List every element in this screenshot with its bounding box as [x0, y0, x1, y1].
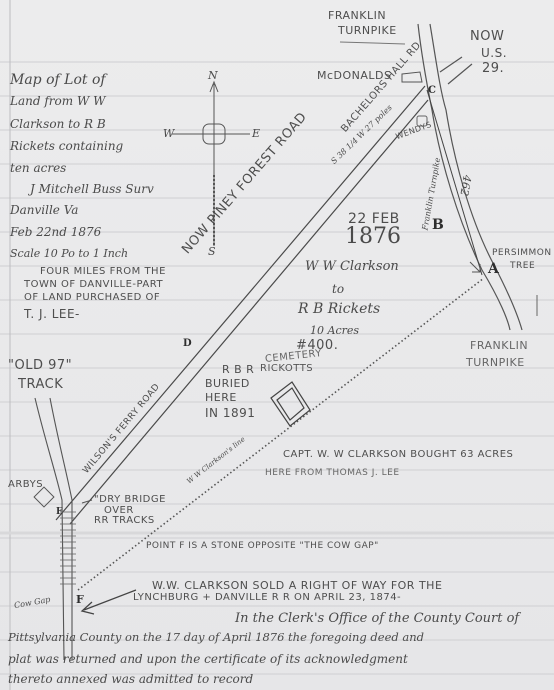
now-us29-2: U.S. [481, 47, 507, 59]
title-date: Feb 22nd 1876 [10, 226, 101, 238]
old-97-track [35, 398, 72, 660]
four-miles-2: TOWN OF DANVILLE-PART [24, 280, 163, 290]
arrow-to-cow-gap [82, 590, 136, 614]
certificate-line-4: thereto annexed was admitted to record [8, 673, 253, 685]
four-miles-3: OF LAND PURCHASED OF [24, 293, 160, 303]
right-of-way-1: W.W. CLARKSON SOLD A RIGHT OF WAY FOR TH… [152, 580, 442, 591]
old-97-label-2: TRACK [18, 378, 63, 391]
point-f-note: POINT F IS A STONE OPPOSITE "THE COW GAP… [146, 542, 379, 551]
title-line-1: Map of Lot of [10, 73, 106, 87]
four-miles-1: FOUR MILES FROM THE [40, 267, 166, 277]
corner-c: C [428, 86, 436, 96]
rbr-buried-4: IN 1891 [205, 407, 255, 419]
plat-map: Map of Lot of Land from W W Clarkson to … [0, 0, 554, 690]
certificate-line-1: In the Clerk's Office of the County Cour… [235, 612, 519, 625]
cemetery-label-2: RICKOTTS [260, 364, 313, 374]
date-large: 1876 [345, 226, 401, 248]
old-97-label-1: "OLD 97" [8, 359, 72, 372]
franklin-turnpike-label-right-2: TURNPIKE [466, 357, 525, 368]
persimmon-tree-1: PERSIMMON [492, 249, 552, 258]
arbys-label: ARBYS [8, 480, 43, 490]
corner-b: B [432, 218, 444, 232]
turnpike-bearing: 462 [458, 174, 472, 197]
now-us29-1: NOW [470, 30, 504, 43]
capt-clarkson-1: CAPT. W. W CLARKSON BOUGHT 63 ACRES [283, 450, 513, 460]
persimmon-tree-2: TREE [510, 262, 535, 271]
compass-north: N [208, 70, 218, 81]
title-line-4: Rickets containing [10, 140, 123, 152]
title-place: Danville Va [10, 204, 78, 216]
rbr-buried-2: BURIED [205, 378, 250, 389]
franklin-turnpike-label-top-1: FRANKLIN [328, 10, 386, 21]
corner-a: A [488, 262, 499, 276]
corner-f: F [76, 594, 84, 605]
corner-d: D [183, 339, 192, 349]
dry-bridge-1: "DRY BRIDGE [94, 495, 166, 505]
compass-east: E [252, 128, 260, 139]
rbr-buried-3: HERE [205, 392, 237, 403]
grantee: R B Rickets [298, 302, 380, 316]
franklin-turnpike-label-right-1: FRANKLIN [470, 340, 528, 351]
compass-west: W [163, 128, 174, 139]
certificate-line-3: plat was returned and upon the certifica… [8, 653, 408, 665]
mcdonalds-building [402, 72, 422, 82]
four-miles-4: T. J. LEE- [24, 308, 80, 320]
title-line-5: ten acres [10, 162, 66, 174]
deed-to: to [332, 283, 344, 295]
title-line-2: Land from W W [10, 95, 105, 107]
title-scale: Scale 10 Po to 1 Inch [10, 248, 128, 259]
dry-bridge-3: RR TRACKS [94, 516, 155, 526]
capt-clarkson-2: HERE FROM THOMAS J. LEE [265, 469, 400, 478]
surveyor-name: J Mitchell Buss Surv [30, 183, 154, 195]
franklin-turnpike-label-top-2: TURNPIKE [338, 25, 397, 36]
cemetery-plot [271, 382, 310, 426]
grantor: W W Clarkson [305, 260, 399, 273]
compass-south: S [208, 246, 216, 257]
rbr-buried-1: R B R [222, 364, 254, 375]
right-of-way-2: LYNCHBURG + DANVILLE R R ON APRIL 23, 18… [133, 593, 401, 603]
certificate-line-2: Pittsylvania County on the 17 day of Apr… [8, 632, 424, 644]
title-line-3: Clarkson to R B [10, 118, 106, 130]
acres: 10 Acres [310, 325, 359, 336]
now-us29-3: 29. [482, 62, 504, 75]
corner-e: E [56, 508, 63, 517]
